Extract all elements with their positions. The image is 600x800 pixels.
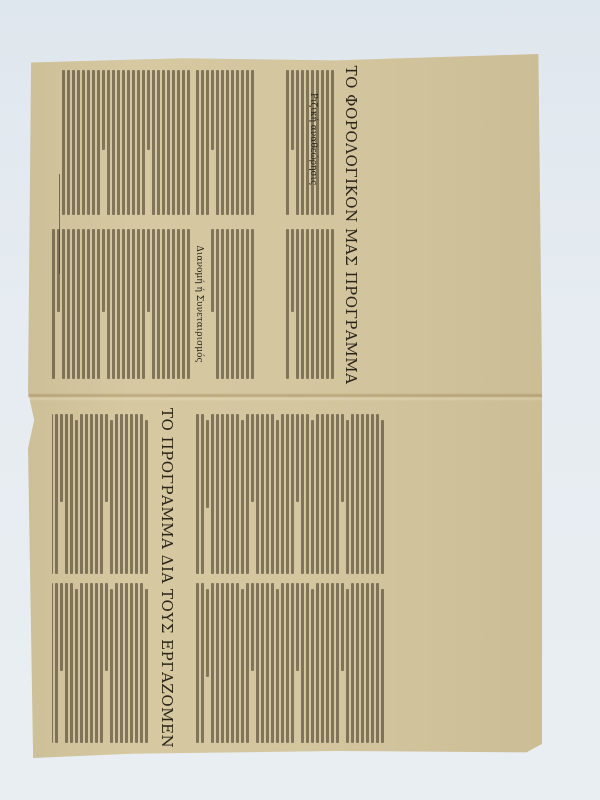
text-line — [346, 420, 349, 574]
text-line — [311, 229, 314, 379]
text-line — [60, 583, 63, 671]
text-line — [157, 229, 160, 379]
text-line — [107, 229, 110, 379]
text-column — [196, 414, 384, 574]
text-line — [376, 414, 379, 574]
text-line — [152, 229, 155, 379]
text-line — [105, 583, 108, 671]
text-line — [346, 589, 349, 743]
text-line — [316, 414, 319, 574]
text-line — [226, 229, 229, 379]
text-line — [241, 420, 244, 574]
text-line — [291, 70, 294, 150]
text-line — [356, 414, 359, 574]
text-line — [125, 583, 128, 743]
text-line — [301, 414, 304, 574]
text-line — [236, 583, 239, 743]
text-line — [117, 229, 120, 379]
text-line — [70, 583, 73, 743]
text-line — [177, 70, 180, 215]
text-line — [301, 70, 304, 215]
text-line — [251, 583, 254, 671]
text-line — [256, 583, 259, 743]
text-line — [110, 420, 113, 574]
text-line — [112, 229, 115, 379]
text-line — [140, 414, 143, 574]
subheading-distribution-or-cooperative: Διανομή ή Συνεταιρισμός — [194, 229, 204, 379]
text-line — [122, 229, 125, 379]
text-line — [145, 420, 148, 574]
text-line — [291, 583, 294, 743]
text-line — [266, 414, 269, 574]
text-line — [130, 414, 133, 574]
subheading-radical-revision: Ριζική αναθεώρησις — [308, 64, 318, 214]
text-line — [336, 583, 339, 743]
text-line — [75, 420, 78, 574]
text-line — [105, 414, 108, 502]
text-line — [281, 583, 284, 743]
text-line — [206, 589, 209, 677]
text-line — [100, 414, 103, 574]
text-line — [115, 414, 118, 574]
text-line — [296, 70, 299, 215]
text-line — [142, 229, 145, 379]
text-line — [201, 414, 204, 574]
text-line — [286, 583, 289, 743]
text-line — [371, 583, 374, 743]
text-line — [266, 583, 269, 743]
text-line — [246, 583, 249, 743]
text-line — [201, 583, 204, 743]
text-line — [211, 70, 214, 150]
text-line — [261, 414, 264, 574]
text-line — [331, 414, 334, 574]
text-line — [381, 589, 384, 743]
text-line — [147, 70, 150, 150]
text-line — [152, 70, 155, 215]
text-line — [281, 414, 284, 574]
text-line — [361, 414, 364, 574]
text-line — [196, 583, 199, 743]
text-line — [241, 70, 244, 215]
text-line — [301, 583, 304, 743]
text-line — [376, 583, 379, 743]
text-line — [216, 229, 219, 379]
text-line — [331, 70, 334, 215]
text-line — [90, 414, 93, 574]
text-line — [55, 414, 58, 574]
text-line — [286, 229, 289, 379]
text-line — [201, 70, 204, 215]
text-line — [241, 589, 244, 743]
text-line — [112, 70, 115, 215]
text-line — [72, 70, 75, 215]
text-line — [82, 229, 85, 379]
text-line — [311, 589, 314, 743]
text-line — [236, 70, 239, 215]
text-line — [241, 229, 244, 379]
text-line — [65, 583, 68, 743]
text-line — [182, 229, 185, 379]
text-line — [216, 70, 219, 215]
text-line — [326, 229, 329, 379]
text-line — [52, 229, 55, 379]
text-line — [206, 420, 209, 508]
text-line — [231, 229, 234, 379]
text-column — [196, 583, 384, 743]
text-line — [381, 420, 384, 574]
text-line — [182, 70, 185, 215]
text-line — [251, 229, 254, 379]
text-line — [226, 70, 229, 215]
text-line — [211, 229, 214, 312]
text-line — [187, 70, 190, 215]
text-line — [321, 414, 324, 574]
text-line — [296, 229, 299, 379]
text-column — [211, 229, 254, 379]
text-line — [301, 229, 304, 379]
text-line — [77, 70, 80, 215]
text-line — [120, 414, 123, 574]
text-line — [132, 70, 135, 215]
text-line — [62, 229, 65, 379]
text-line — [251, 414, 254, 502]
text-line — [115, 583, 118, 743]
text-line — [246, 70, 249, 215]
text-line — [132, 229, 135, 379]
text-line — [231, 414, 234, 574]
text-line — [87, 229, 90, 379]
text-line — [356, 583, 359, 743]
text-line — [276, 420, 279, 574]
text-line — [271, 414, 274, 574]
text-line — [77, 229, 80, 379]
text-line — [110, 589, 113, 743]
text-line — [100, 583, 103, 743]
text-line — [216, 583, 219, 743]
text-line — [326, 414, 329, 574]
text-line — [130, 583, 133, 743]
text-line — [326, 70, 329, 215]
text-line — [276, 589, 279, 743]
text-line — [82, 70, 85, 215]
text-column — [52, 583, 148, 743]
text-line — [67, 229, 70, 379]
text-line — [95, 583, 98, 743]
text-line — [341, 414, 344, 502]
text-line — [137, 229, 140, 379]
text-line — [52, 583, 53, 743]
text-line — [85, 414, 88, 574]
heading-tax-program: ΤΟ ΦΟΡΟΛΟΓΙΚΟΝ ΜΑΣ ΠΡΟΓΡΑΜΜΑ — [342, 64, 360, 386]
center-fold — [28, 393, 542, 401]
text-line — [296, 414, 299, 502]
text-line — [135, 583, 138, 743]
text-line — [120, 583, 123, 743]
text-column — [52, 229, 190, 379]
text-line — [221, 414, 224, 574]
text-line — [135, 414, 138, 574]
text-line — [162, 229, 165, 379]
top-page: ΤΟ ΦΟΡΟΛΟΓΙΚΟΝ ΜΑΣ ΠΡΟΓΡΑΜΜΑ Ριζική αναθ… — [52, 64, 522, 386]
text-line — [236, 229, 239, 379]
text-column — [286, 229, 334, 379]
text-line — [321, 583, 324, 743]
text-line — [162, 70, 165, 215]
text-line — [286, 70, 289, 215]
text-line — [311, 420, 314, 574]
text-line — [306, 414, 309, 574]
text-line — [331, 583, 334, 743]
text-line — [366, 583, 369, 743]
text-line — [127, 70, 130, 215]
text-line — [55, 583, 58, 743]
text-line — [361, 583, 364, 743]
text-line — [137, 70, 140, 215]
text-line — [92, 70, 95, 215]
text-line — [75, 589, 78, 743]
heading-workers-program: ΤΟ ΠΡΟΓΡΑΜΜΑ ΔΙΑ ΤΟΥΣ ΕΡΓΑΖΟΜΕΝΟΥΣ — [158, 408, 176, 748]
text-line — [102, 70, 105, 150]
text-line — [187, 229, 190, 379]
text-line — [95, 414, 98, 574]
text-line — [167, 70, 170, 215]
text-line — [366, 414, 369, 574]
text-line — [211, 414, 214, 574]
text-line — [140, 583, 143, 743]
text-line — [251, 70, 254, 215]
text-line — [127, 229, 130, 379]
text-line — [246, 414, 249, 574]
text-line — [52, 414, 53, 574]
text-line — [331, 229, 334, 379]
text-line — [246, 229, 249, 379]
text-line — [172, 229, 175, 379]
text-line — [60, 414, 63, 502]
text-line — [271, 583, 274, 743]
text-line — [145, 589, 148, 743]
text-line — [80, 414, 83, 574]
text-column — [52, 414, 148, 574]
text-line — [296, 583, 299, 671]
text-column — [62, 70, 190, 215]
text-line — [216, 414, 219, 574]
text-line — [177, 229, 180, 379]
text-line — [90, 583, 93, 743]
text-column — [196, 70, 254, 215]
text-line — [67, 70, 70, 215]
text-line — [371, 414, 374, 574]
text-line — [102, 229, 105, 312]
text-line — [261, 583, 264, 743]
text-line — [321, 70, 324, 215]
text-line — [316, 229, 319, 379]
text-line — [221, 70, 224, 215]
divider — [59, 174, 60, 274]
text-line — [236, 414, 239, 574]
text-line — [97, 70, 100, 215]
text-line — [85, 583, 88, 743]
text-line — [221, 583, 224, 743]
text-line — [226, 583, 229, 743]
text-line — [306, 583, 309, 743]
text-line — [65, 414, 68, 574]
text-line — [226, 414, 229, 574]
text-line — [172, 70, 175, 215]
bottom-page: ΤΟ ΠΡΟΓΡΑΜΜΑ ΔΙΑ ΤΟΥΣ ΕΡΓΑΖΟΜΕΝΟΥΣ Κοινω… — [52, 408, 542, 748]
text-line — [206, 70, 209, 215]
text-line — [231, 583, 234, 743]
text-line — [196, 414, 199, 574]
text-line — [341, 583, 344, 671]
text-line — [167, 229, 170, 379]
text-line — [80, 583, 83, 743]
text-line — [142, 70, 145, 215]
text-line — [196, 70, 199, 215]
text-line — [351, 583, 354, 743]
text-line — [87, 70, 90, 215]
text-line — [211, 583, 214, 743]
text-line — [291, 414, 294, 574]
text-line — [125, 414, 128, 574]
text-line — [231, 70, 234, 215]
text-line — [157, 70, 160, 215]
text-line — [326, 583, 329, 743]
text-line — [221, 229, 224, 379]
text-line — [97, 229, 100, 379]
text-line — [62, 70, 65, 215]
text-line — [336, 414, 339, 574]
text-line — [286, 414, 289, 574]
text-line — [72, 229, 75, 379]
text-line — [256, 414, 259, 574]
text-line — [70, 414, 73, 574]
text-line — [291, 229, 294, 312]
text-line — [321, 229, 324, 379]
text-line — [117, 70, 120, 215]
text-line — [122, 70, 125, 215]
text-line — [147, 229, 150, 312]
text-line — [107, 70, 110, 215]
text-line — [92, 229, 95, 379]
text-line — [316, 583, 319, 743]
text-line — [306, 229, 309, 379]
text-line — [351, 414, 354, 574]
